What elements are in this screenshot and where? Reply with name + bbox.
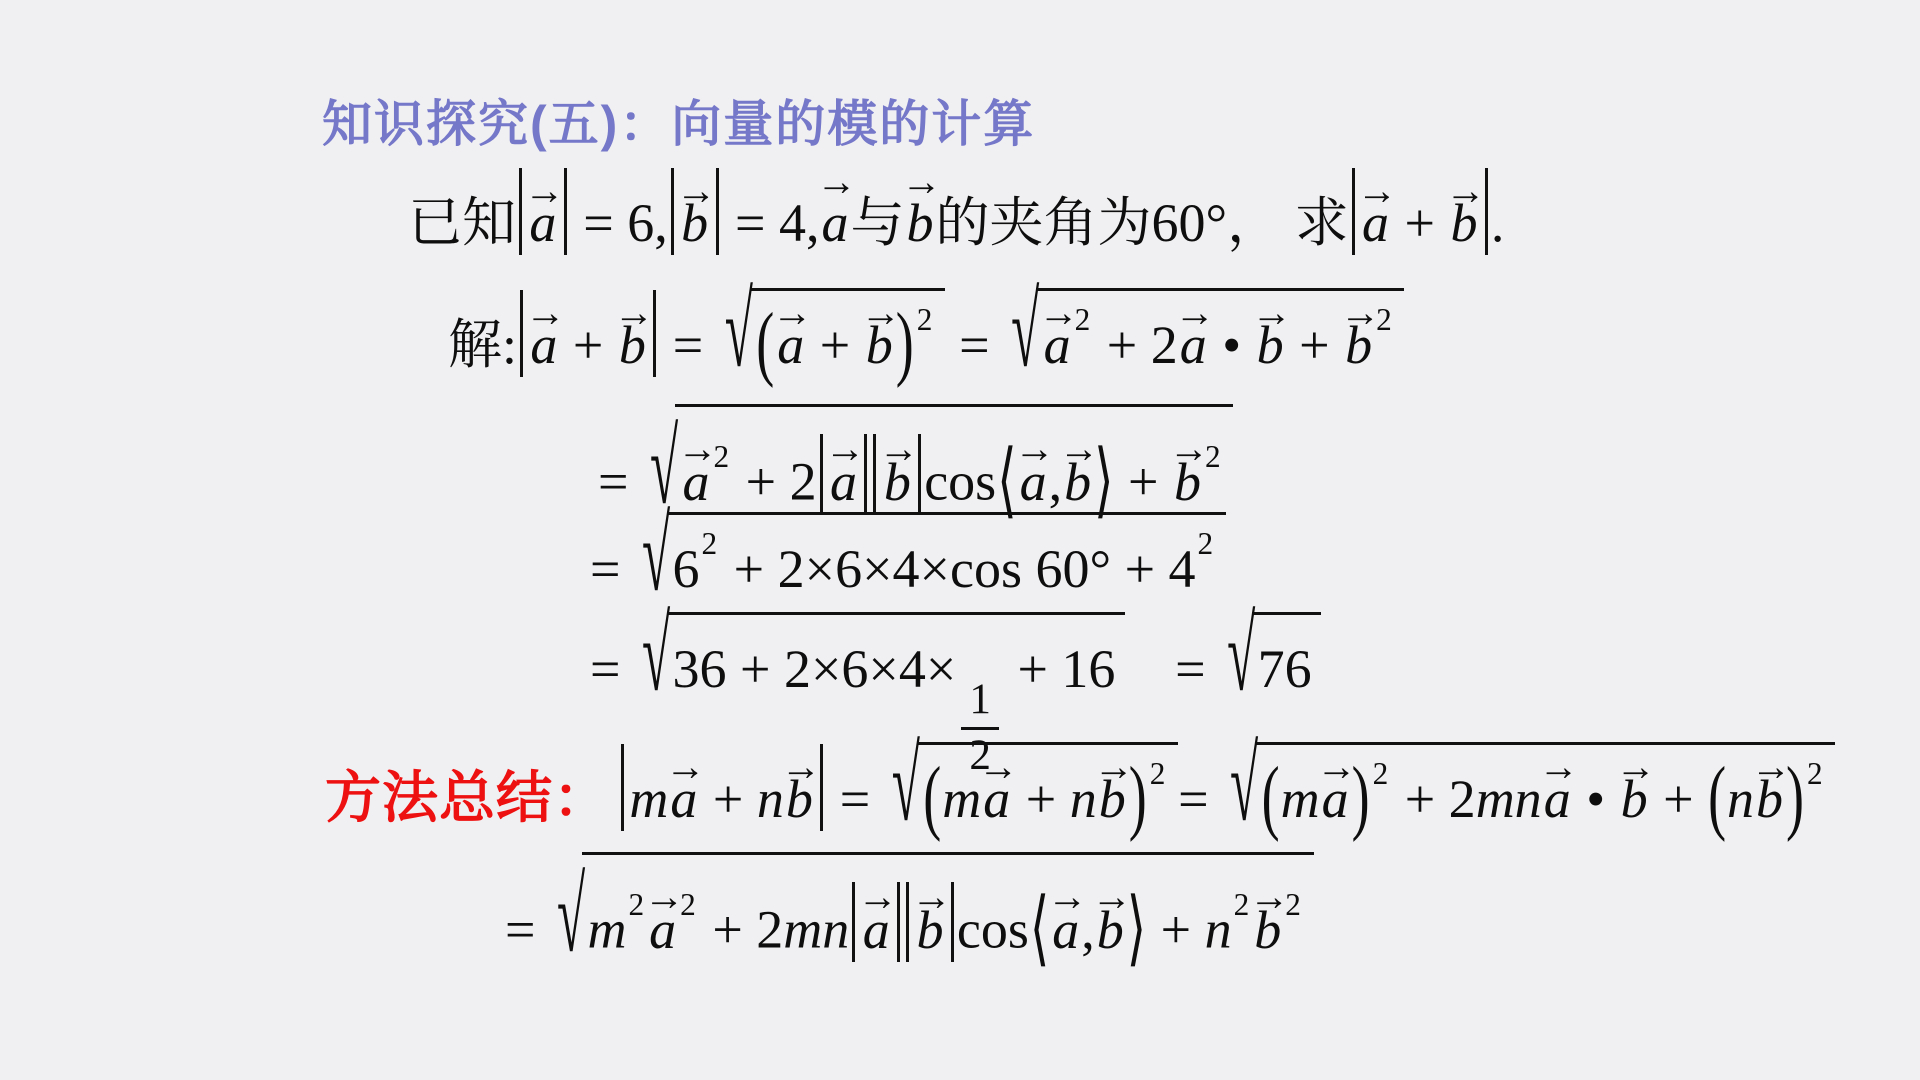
vector-arrow-icon: → xyxy=(878,429,919,470)
vector-arrow-icon: → xyxy=(816,162,857,203)
vector-arrow-icon: → xyxy=(1538,747,1579,788)
vector-arrow-icon: → xyxy=(857,877,898,918)
vector-arrow-icon: → xyxy=(780,747,821,788)
vector-arrow-icon: → xyxy=(1249,877,1290,918)
vector-arrow-icon: → xyxy=(1445,171,1486,212)
vector-arrow-icon: → xyxy=(825,429,866,470)
slide-title: 知识探究(五)：向量的模的计算 xyxy=(322,84,1035,156)
vector-arrow-icon: → xyxy=(772,293,813,334)
method-summary-formula: m→a + n→b = √(m→a + n→b)2= √(m→a)2 + 2mn… xyxy=(618,769,1835,829)
vector-arrow-icon: → xyxy=(644,877,685,918)
vector-arrow-icon: → xyxy=(677,429,718,470)
method-summary-line-2: = √m2→a2 + 2mn→a→bcos⟨→a,→b⟩ + n2→b2 xyxy=(505,852,1314,966)
vector-arrow-icon: → xyxy=(1615,747,1656,788)
vector-arrow-icon: → xyxy=(1014,429,1055,470)
vector-arrow-icon: → xyxy=(1340,293,1381,334)
solution-line-3: = √62 + 2×6×4×cos 60° + 42 xyxy=(590,512,1226,606)
vector-arrow-icon: → xyxy=(1169,429,1210,470)
vector-arrow-icon: → xyxy=(613,293,654,334)
vector-arrow-icon: → xyxy=(665,747,706,788)
vector-arrow-icon: → xyxy=(1357,171,1398,212)
method-summary-label: 方法总结： xyxy=(325,766,610,829)
problem-statement: 已知→a = 6,→b = 4,→a与→b的夹角为60°， 求→a + →b. xyxy=(408,168,1504,260)
method-summary-row: 方法总结：m→a + n→b = √(m→a + n→b)2= √(m→a)2 … xyxy=(325,742,1835,836)
vector-arrow-icon: → xyxy=(1038,293,1079,334)
vector-arrow-icon: → xyxy=(978,747,1019,788)
vector-arrow-icon: → xyxy=(525,293,566,334)
vector-arrow-icon: → xyxy=(676,171,717,212)
presentation-slide: 知识探究(五)：向量的模的计算 已知→a = 6,→b = 4,→a与→b的夹角… xyxy=(0,0,1920,1080)
vector-arrow-icon: → xyxy=(911,877,952,918)
solution-line-1: 解:→a + →b = √(→a + →b)2= √→a2 + 2→a • →b… xyxy=(448,288,1404,382)
vector-arrow-icon: → xyxy=(524,171,565,212)
vector-arrow-icon: → xyxy=(1251,293,1292,334)
vector-arrow-icon: → xyxy=(1174,293,1215,334)
vector-arrow-icon: → xyxy=(1047,877,1088,918)
solution-line-2: = √→a2 + 2→a→bcos⟨→a,→b⟩ + →b2 xyxy=(598,404,1233,518)
vector-arrow-icon: → xyxy=(901,162,942,203)
